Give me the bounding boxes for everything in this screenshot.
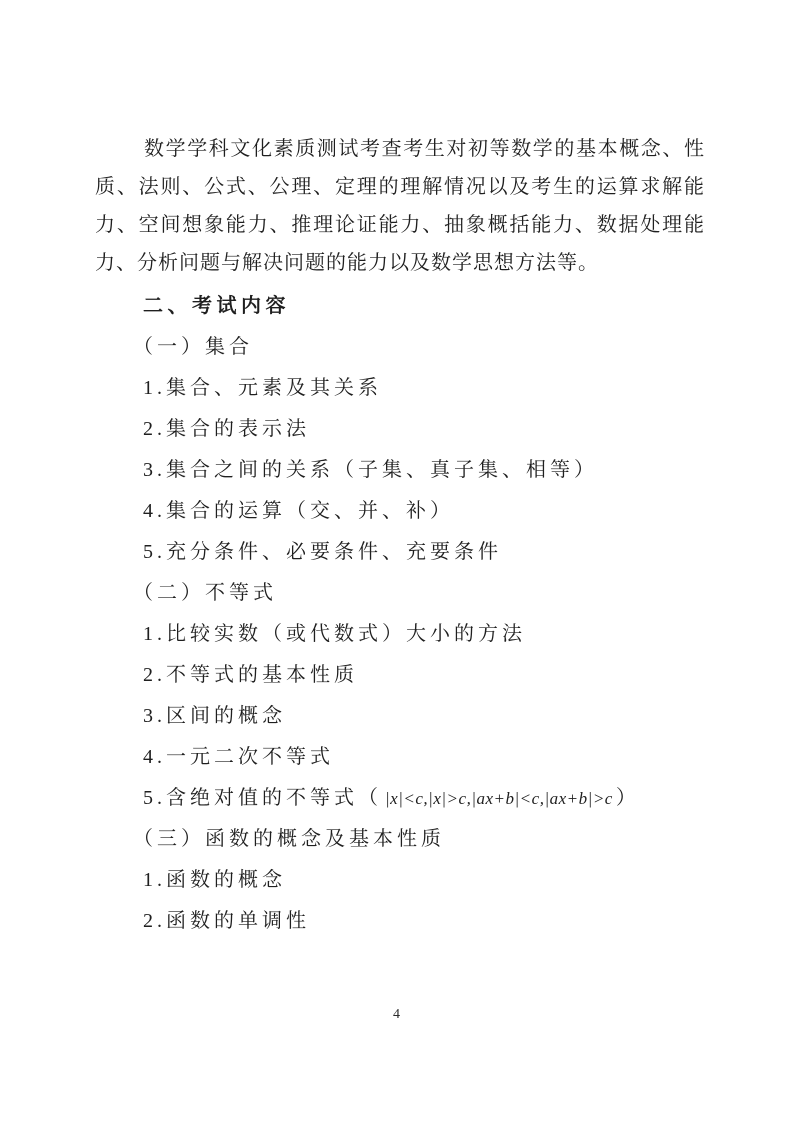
document-page: 数学学科文化素质测试考查考生对初等数学的基本概念、性 质、法则、公式、公理、定理… xyxy=(0,0,793,1122)
section-heading: 二、考试内容 xyxy=(95,286,705,327)
list-item: 2.函数的单调性 xyxy=(95,901,705,942)
list-item: 1.集合、元素及其关系 xyxy=(95,368,705,409)
list-item: 1.函数的概念 xyxy=(95,860,705,901)
subsection-heading-3: （三）函数的概念及基本性质 xyxy=(95,819,705,860)
list-item: 5.充分条件、必要条件、充要条件 xyxy=(95,532,705,573)
intro-paragraph-line: 力、空间想象能力、推理论证能力、抽象概括能力、数据处理能 xyxy=(95,206,705,244)
list-item: 1.比较实数（或代数式）大小的方法 xyxy=(95,614,705,655)
intro-paragraph-line: 质、法则、公式、公理、定理的理解情况以及考生的运算求解能 xyxy=(95,168,705,206)
math-expression: |x|<c,|x|>c,|ax+b|<c,|ax+b|>c xyxy=(385,789,613,808)
text-column: 数学学科文化素质测试考查考生对初等数学的基本概念、性 质、法则、公式、公理、定理… xyxy=(95,130,705,942)
subsection-heading-1: （一）集合 xyxy=(95,327,705,368)
list-item-formula: 5.含绝对值的不等式（|x|<c,|x|>c,|ax+b|<c,|ax+b|>c… xyxy=(95,778,705,819)
list-item: 3.集合之间的关系（子集、真子集、相等） xyxy=(95,450,705,491)
list-item: 3.区间的概念 xyxy=(95,696,705,737)
page-number: 4 xyxy=(0,1007,793,1023)
intro-paragraph-line: 数学学科文化素质测试考查考生对初等数学的基本概念、性 xyxy=(95,130,705,168)
exam-content: 二、考试内容 （一）集合 1.集合、元素及其关系 2.集合的表示法 3.集合之间… xyxy=(95,286,705,942)
subsection-heading-2: （二）不等式 xyxy=(95,573,705,614)
formula-item-suffix: ） xyxy=(616,787,640,809)
list-item: 2.集合的表示法 xyxy=(95,409,705,450)
list-item: 4.一元二次不等式 xyxy=(95,737,705,778)
intro-paragraph-line: 力、分析问题与解决问题的能力以及数学思想方法等。 xyxy=(95,244,705,282)
formula-item-prefix: 5.含绝对值的不等式（ xyxy=(143,787,382,809)
intro-paragraph: 数学学科文化素质测试考查考生对初等数学的基本概念、性 质、法则、公式、公理、定理… xyxy=(95,130,705,282)
list-item: 4.集合的运算（交、并、补） xyxy=(95,491,705,532)
list-item: 2.不等式的基本性质 xyxy=(95,655,705,696)
